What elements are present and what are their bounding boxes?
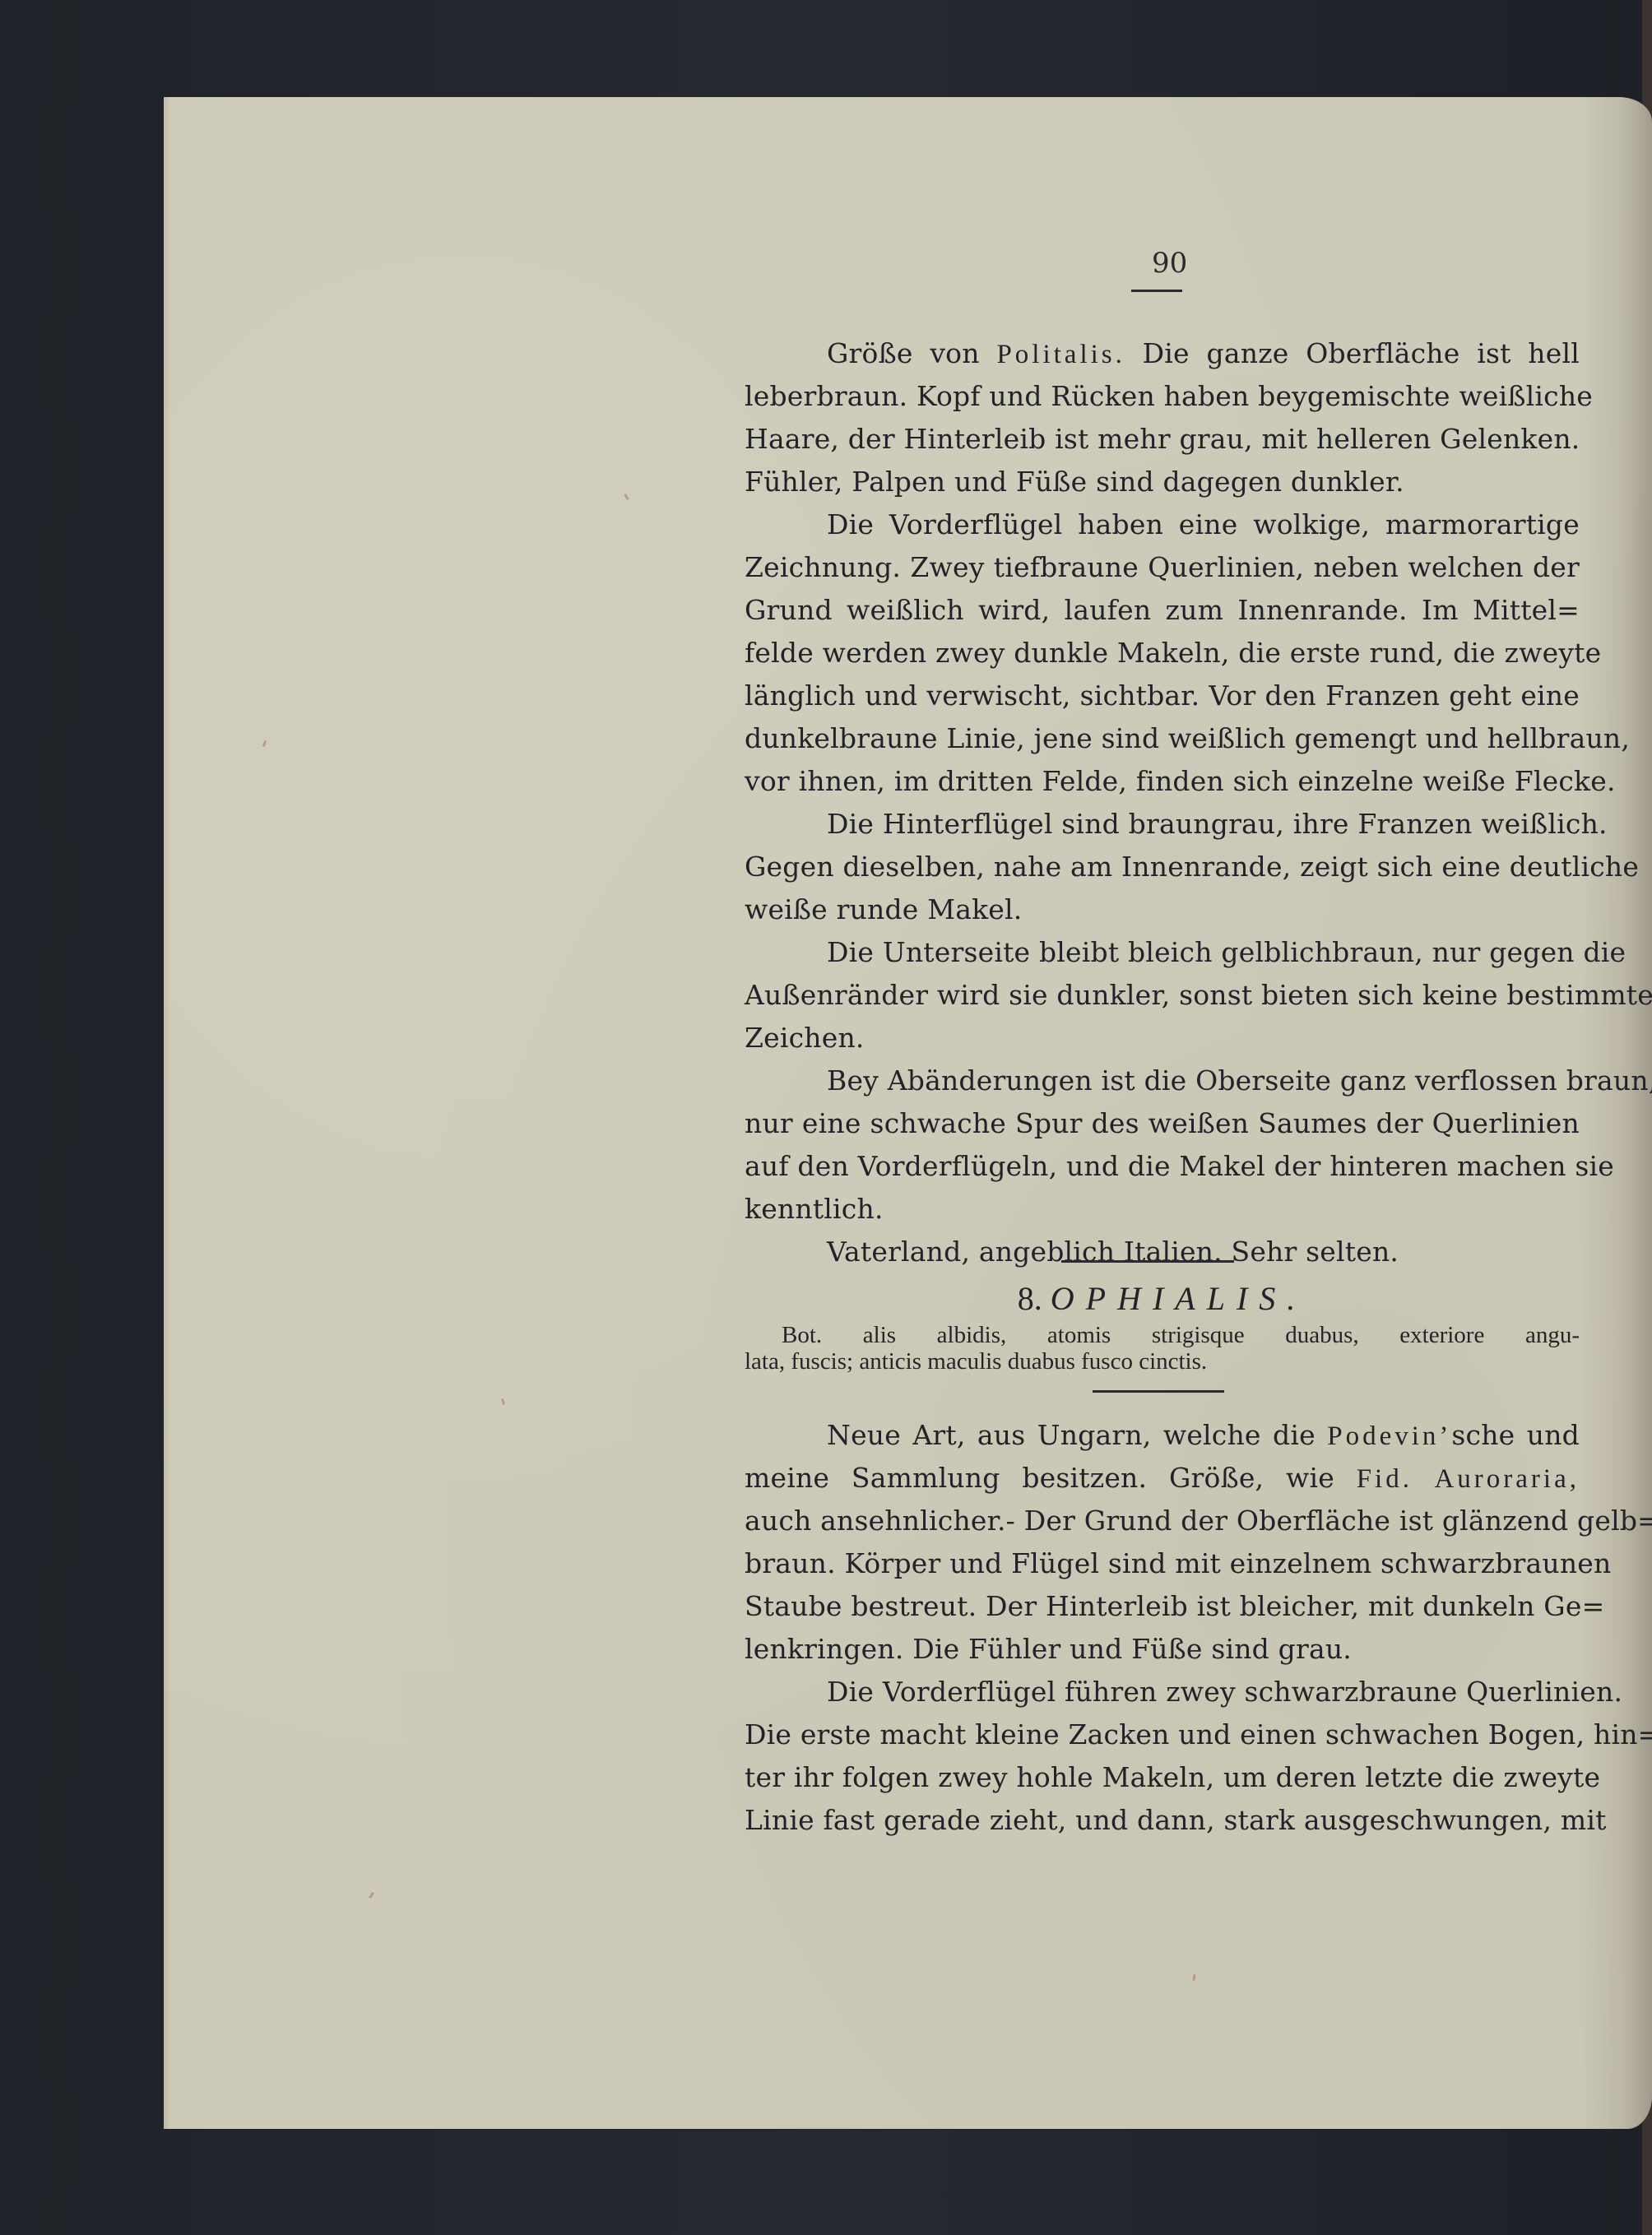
- text-line: kenntlich.: [745, 1189, 1580, 1230]
- text-line: Gegen dieselben, nahe am Innenrande, zei…: [745, 846, 1580, 888]
- section-rule-top: [1061, 1260, 1234, 1263]
- text-line: Außenränder wird sie dunkler, sonst biet…: [745, 975, 1580, 1016]
- page-number-rule: [1131, 290, 1182, 292]
- text-line: Zeichen.: [745, 1018, 1580, 1059]
- text-line: auch ansehnlicher.- Der Grund der Oberfl…: [745, 1500, 1580, 1542]
- text-line: Größe von Politalis. Die ganze Oberfläch…: [827, 333, 1580, 374]
- species-heading: 8. OPHIALIS.: [745, 1279, 1580, 1319]
- text-line: felde werden zwey dunkle Makeln, die ers…: [745, 633, 1580, 674]
- text-line: Zeichnung. Zwey tiefbraune Querlinien, n…: [745, 547, 1580, 588]
- paragraph-start: Die Vorderflügel haben eine wolkige, mar…: [827, 504, 1580, 545]
- species-number: 8.: [1018, 1280, 1042, 1317]
- paragraph-start: Bey Abänderungen ist die Oberseite ganz …: [827, 1060, 1580, 1101]
- text-line: braun. Körper und Flügel sind mit einzel…: [745, 1543, 1580, 1584]
- text-line: länglich und verwischt, sichtbar. Vor de…: [745, 675, 1580, 716]
- text-line: Staube bestreut. Der Hinterleib ist blei…: [745, 1586, 1580, 1627]
- section-rule-bottom: [1093, 1390, 1224, 1393]
- text-line: lenkringen. Die Fühler und Füße sind gra…: [745, 1629, 1580, 1670]
- text-line: Grund weißlich wird, laufen zum Innenran…: [745, 590, 1580, 631]
- latin-diagnosis-line: lata, fuscis; anticis maculis duabus fus…: [745, 1348, 1580, 1375]
- text-line: leberbraun. Kopf und Rücken haben beygem…: [745, 376, 1580, 417]
- paragraph-start: Neue Art, aus Ungarn, welche die Podevin…: [827, 1415, 1580, 1456]
- text-line: Die erste macht kleine Zacken und einen …: [745, 1714, 1580, 1755]
- page-number: 90: [1152, 247, 1187, 280]
- text-line: vor ihnen, im dritten Felde, finden sich…: [745, 761, 1580, 802]
- text-line: Linie fast gerade zieht, und dann, stark…: [745, 1800, 1580, 1841]
- collector-reference: Podevin’: [1327, 1421, 1451, 1451]
- species-reference: Politalis.: [996, 340, 1125, 369]
- text-line: Fühler, Palpen und Füße sind dagegen dun…: [745, 461, 1580, 503]
- text-line: weiße runde Makel.: [745, 889, 1580, 930]
- text-line: ter ihr folgen zwey hohle Makeln, um der…: [745, 1757, 1580, 1798]
- paragraph-start: Die Unterseite bleibt bleich gelblichbra…: [827, 932, 1580, 973]
- species-reference: Fid. Auroraria,: [1357, 1464, 1580, 1494]
- text-line: Haare, der Hinterleib ist mehr grau, mit…: [745, 419, 1580, 460]
- species-name: OPHIALIS.: [1051, 1280, 1307, 1317]
- paragraph-start: Die Vorderflügel führen zwey schwarzbrau…: [827, 1672, 1580, 1713]
- text-line: auf den Vorderflügeln, und die Makel der…: [745, 1146, 1580, 1187]
- text-line: meine Sammlung besitzen. Größe, wie Fid.…: [745, 1458, 1580, 1499]
- text-line: nur eine schwache Spur des weißen Saumes…: [745, 1103, 1580, 1144]
- paragraph-start: Vaterland, angeblich Italien. Sehr selte…: [827, 1231, 1580, 1273]
- latin-diagnosis-line: Bot. alis albidis, atomis strigisque dua…: [782, 1322, 1580, 1348]
- paragraph-start: Die Hinterflügel sind braungrau, ihre Fr…: [827, 804, 1580, 845]
- text-line: dunkelbraune Linie, jene sind weißlich g…: [745, 718, 1580, 759]
